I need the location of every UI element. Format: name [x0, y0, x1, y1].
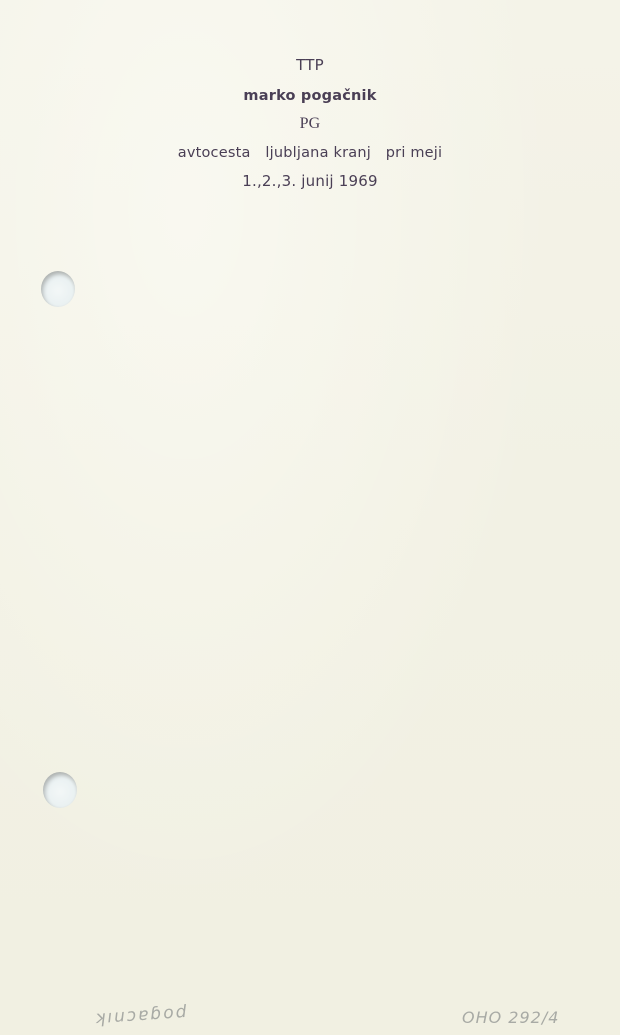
stamp-date: 1.,2.,3. junij 1969: [0, 172, 620, 190]
stamp-initials: PG: [0, 115, 620, 133]
location-route: ljubljana kranj: [265, 145, 371, 161]
location-road: avtocesta: [178, 145, 251, 161]
pencil-archive-number: OHO 292/4: [462, 1008, 559, 1027]
stamp-artist: marko pogačnik: [0, 88, 620, 104]
punch-hole-bottom: [43, 772, 77, 808]
stamp-title: TTP: [0, 56, 620, 74]
punch-hole-top: [41, 271, 75, 307]
location-place: pri meji: [386, 145, 443, 161]
stamp-location: avtocesta ljubljana kranj pri meji: [0, 145, 620, 161]
